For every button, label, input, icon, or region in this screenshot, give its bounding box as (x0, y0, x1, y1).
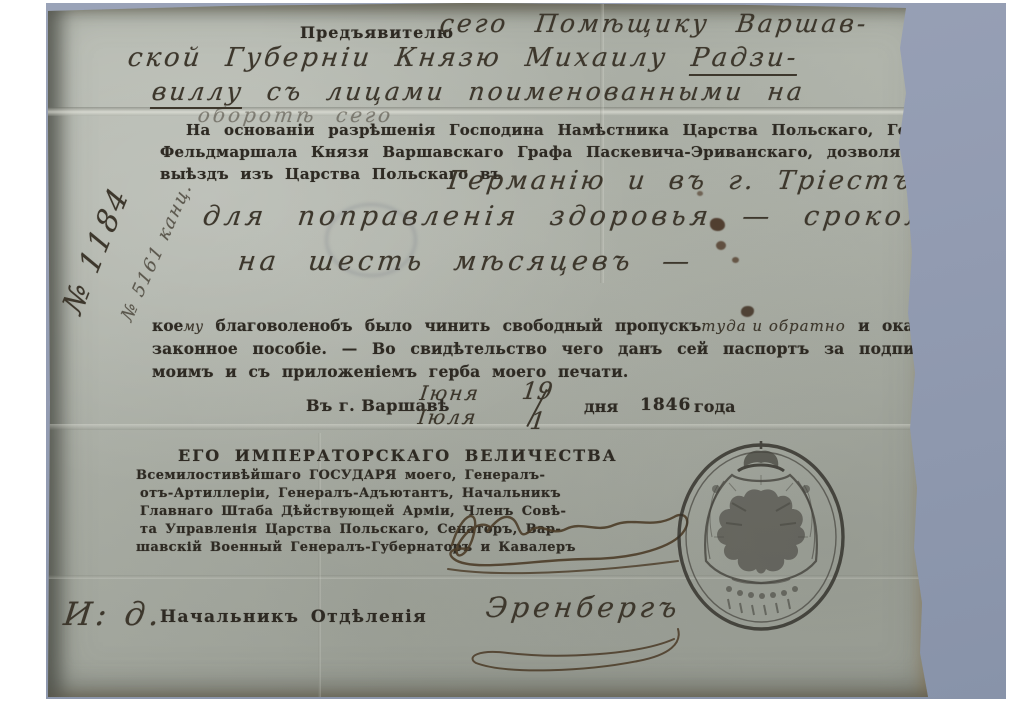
bearer-hand-line2: ской Губерніи Князю Михаилу Радзи- (128, 43, 799, 73)
document-photo: № 1184 № 5161 канц. Предъявителю сего По… (0, 0, 1024, 703)
bearer-hand-line3: виллу съ лицами поименованными на (152, 77, 805, 106)
clerk-signature-flourish-icon (468, 625, 688, 685)
date-day-old-style: 19 (522, 377, 553, 405)
fold-line-middle (48, 424, 933, 430)
ink-stain (697, 191, 703, 196)
destination-handwritten: Германію и въ г. Тріестъ (448, 166, 913, 196)
faint-round-stamp-icon (325, 203, 417, 277)
bearer-printed-label: Предъявителю (300, 23, 454, 42)
date-month-old-style: Іюня (420, 381, 480, 405)
issuer-title-line1: ЕГО ИМПЕРАТОРСКАГО ВЕЛИЧЕСТВА (178, 446, 618, 465)
term-handwritten: на шесть мѣсяцевъ — (238, 246, 693, 277)
ink-stain (710, 218, 725, 231)
ink-stain (732, 257, 739, 263)
date-month-new-style: Іюля (418, 405, 477, 429)
bearer-hand-line1: сего Помѣщику Варшав- (440, 9, 868, 38)
permission-line2: Фельдмаршала Князя Варшавскаго Графа Пас… (160, 143, 941, 161)
passport-paper-sheet: № 1184 № 5161 канц. Предъявителю сего По… (48, 3, 933, 697)
date-day-fraction: 19 1 (516, 377, 566, 437)
clerk-title-printed: Начальникъ Отдѣленія (160, 607, 427, 627)
permission-line1: На основаніи разрѣшенія Господина Намѣст… (186, 121, 972, 139)
date-year: 1846 (640, 395, 691, 415)
imperial-seal-icon (672, 433, 850, 633)
ink-stain (716, 241, 726, 250)
reason-handwritten: для поправленія здоровья — срокомъ (203, 201, 953, 232)
date-day-word: дня (584, 397, 618, 416)
date-day-new-style: 1 (530, 407, 545, 435)
date-year-word: года (694, 397, 736, 416)
clause-line2: законное пособіе. — Во свидѣтельство чег… (152, 339, 961, 358)
clerk-signature: Эренбергъ (486, 591, 681, 624)
acting-abbreviation-hand: И: д. (64, 595, 163, 633)
clause-line1: коему благоволенобъ было чинить свободны… (152, 316, 980, 335)
